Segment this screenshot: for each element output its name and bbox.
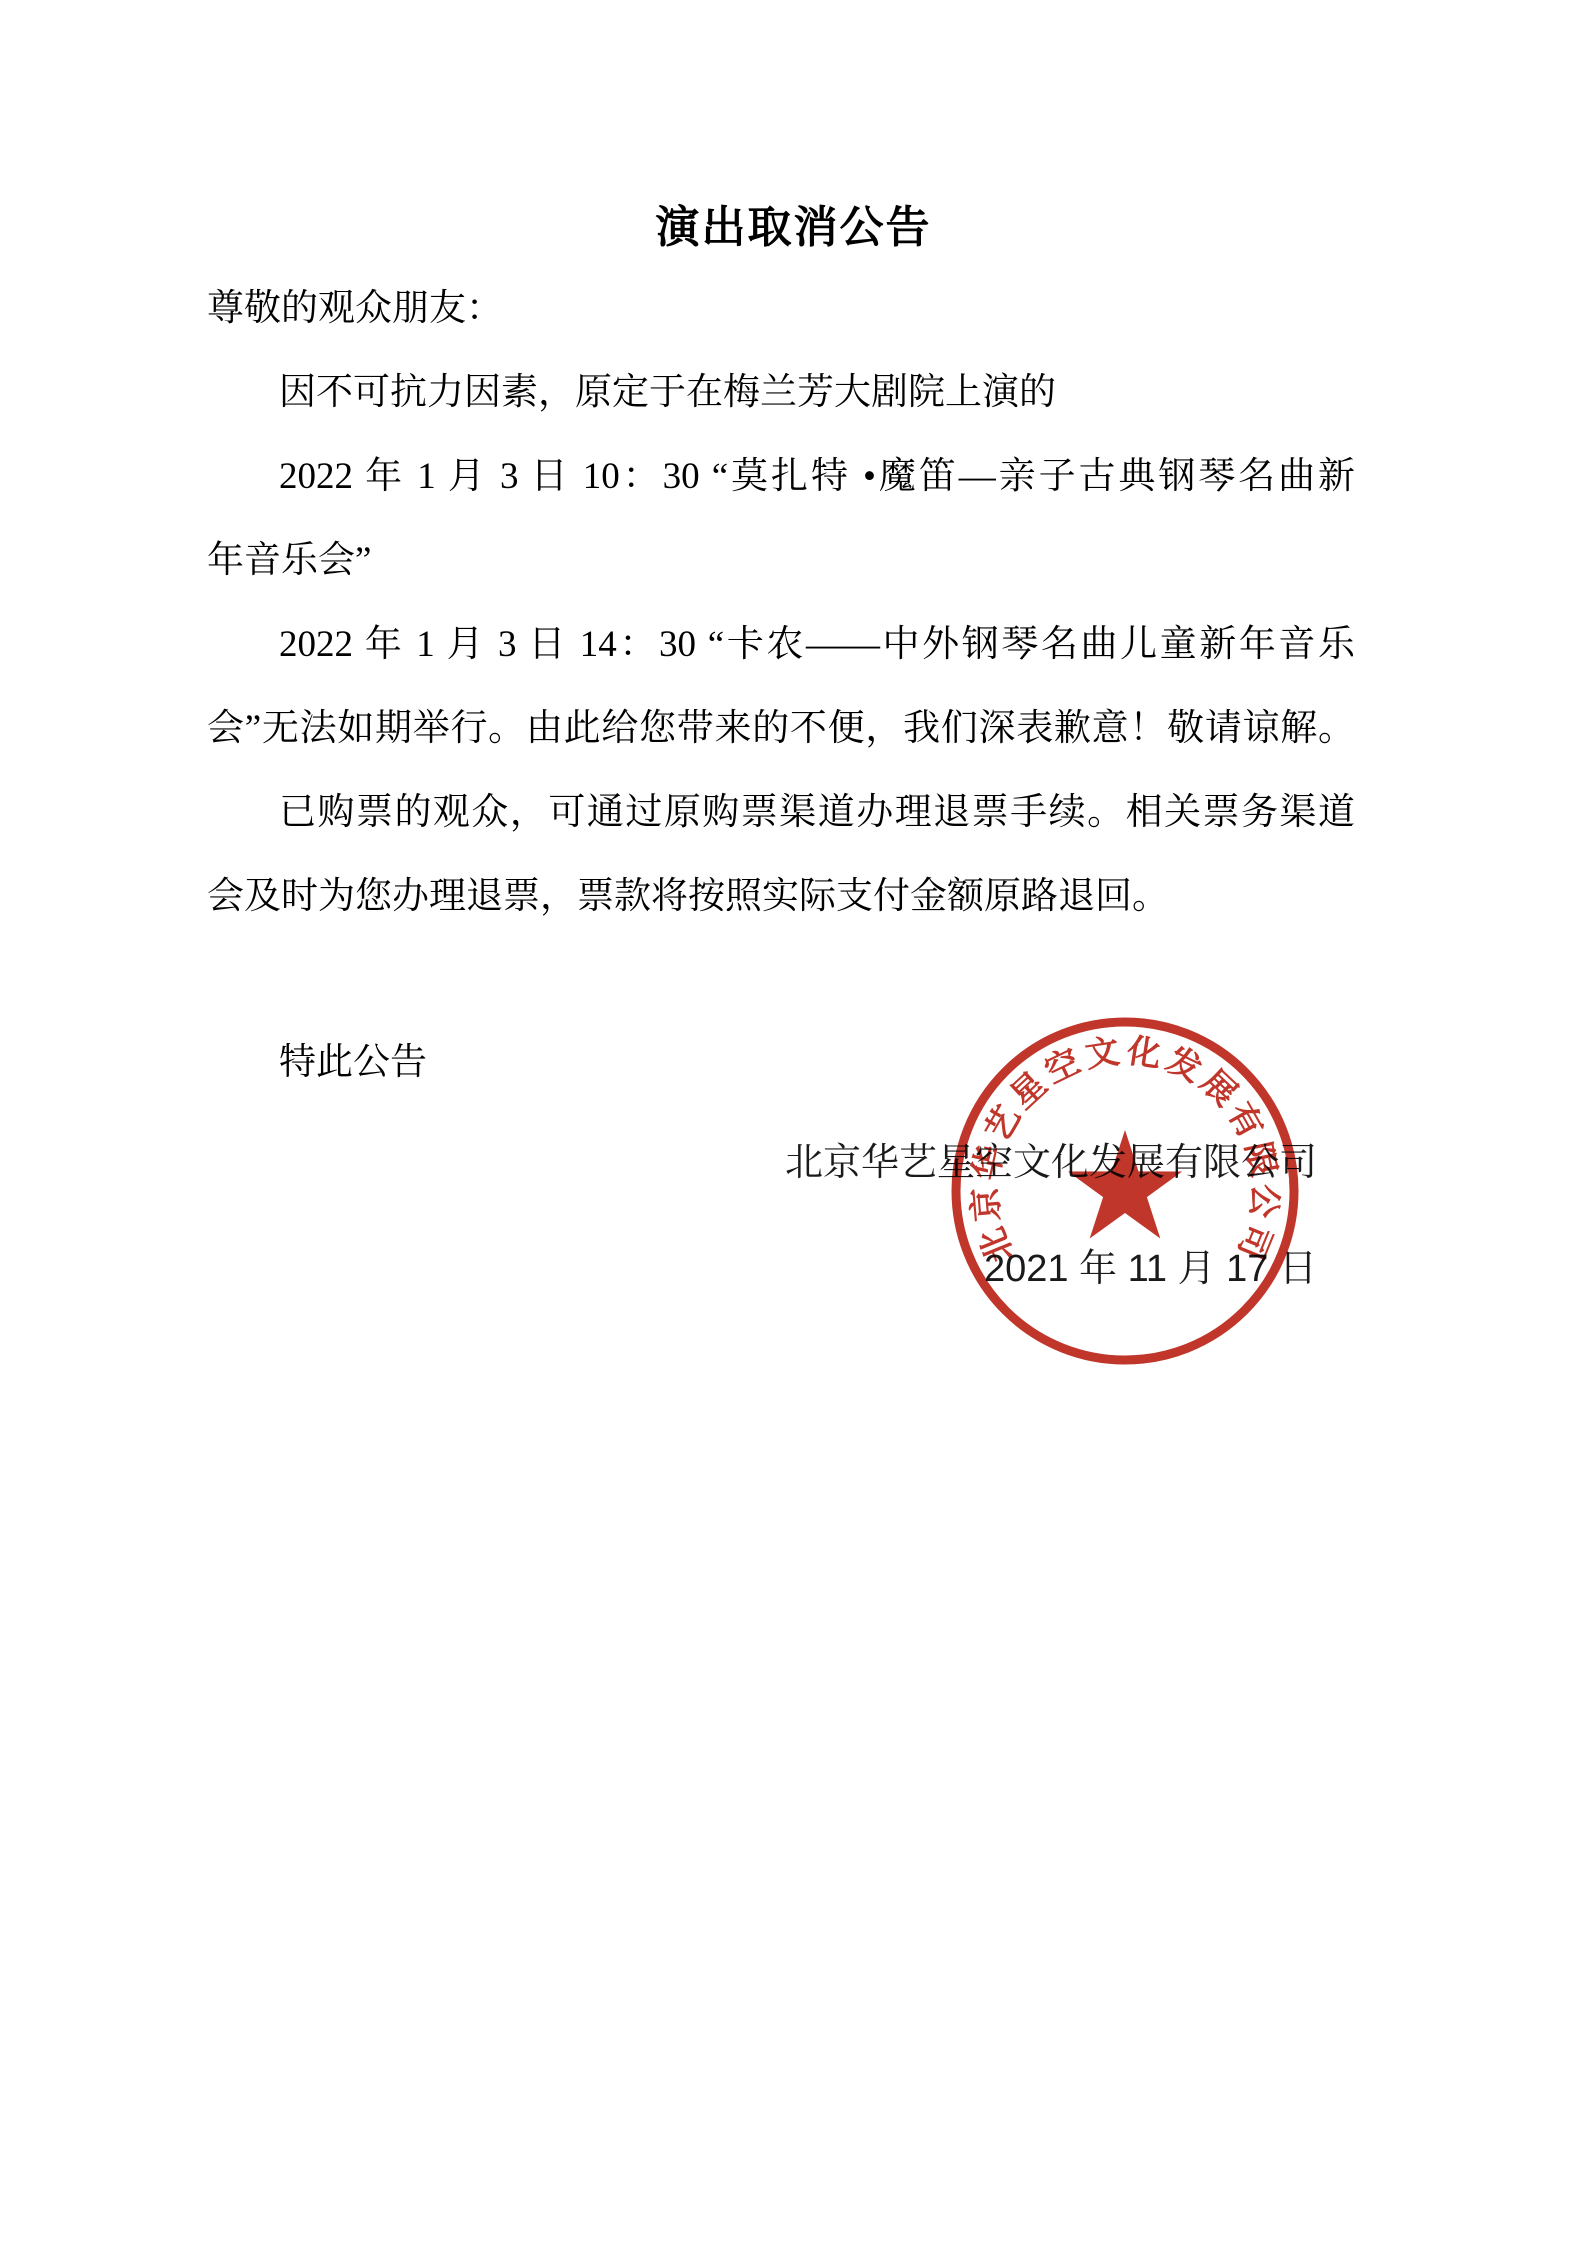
signature-company-name: 北京华艺星空文化发展有限公司 (785, 1140, 1317, 1186)
signature-date: 2021 年 11 月 17 日 (984, 1246, 1317, 1292)
body-line: 已购票的观众，可通过原购票渠道办理退票手续。相关票务渠道 (207, 771, 1355, 855)
salutation-line: 尊敬的观众朋友： (207, 267, 1355, 351)
closing-line: 特此公告 (279, 1021, 427, 1105)
body-line: 2022 年 1 月 3 日 14：30 “卡农——中外钢琴名曲儿童新年音乐 (207, 603, 1355, 687)
body-line: 会”无法如期举行。由此给您带来的不便，我们深表歉意！敬请谅解。 (207, 687, 1355, 771)
page-title: 演出取消公告 (0, 198, 1587, 258)
announcement-body: 尊敬的观众朋友： 因不可抗力因素，原定于在梅兰芳大剧院上演的 2022 年 1 … (207, 267, 1355, 939)
body-line: 会及时为您办理退票，票款将按照实际支付金额原路退回。 (207, 855, 1355, 939)
announcement-page: 演出取消公告 尊敬的观众朋友： 因不可抗力因素，原定于在梅兰芳大剧院上演的 20… (0, 0, 1587, 2245)
body-line: 年音乐会” (207, 519, 1355, 603)
company-seal-stamp-icon: 北京华艺星空文化发展有限公司 (950, 1016, 1300, 1366)
body-line: 因不可抗力因素，原定于在梅兰芳大剧院上演的 (207, 351, 1355, 435)
body-line: 2022 年 1 月 3 日 10：30 “莫扎特 •魔笛—亲子古典钢琴名曲新 (207, 435, 1355, 519)
seal-ring (956, 1022, 1294, 1360)
